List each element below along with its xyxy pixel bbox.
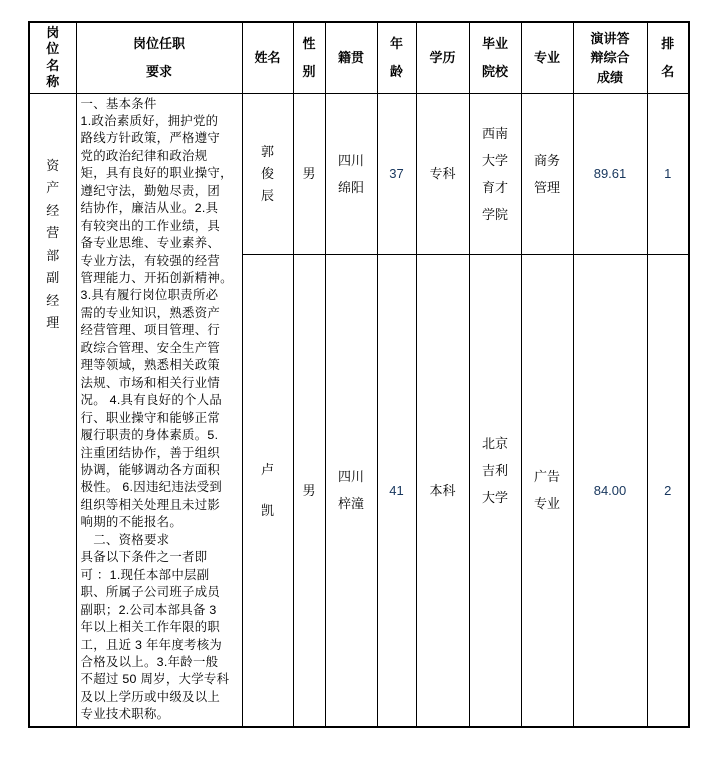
col-header-position: 岗 位 名 称	[29, 22, 76, 93]
cell-age: 41	[377, 254, 416, 727]
col-header-education: 学历	[416, 22, 469, 93]
cell-position-title: 资 产 经 营 部 副 经 理	[29, 93, 76, 727]
cell-gender: 男	[293, 93, 325, 254]
col-header-age: 年 龄	[377, 22, 416, 93]
cell-name: 卢 凯	[242, 254, 293, 727]
cell-requirements-text: 一、基本条件 1.政治素质好，拥护党的 路线方针政策，严格遵守 党的政治纪律和政…	[76, 93, 242, 727]
cell-rank: 1	[647, 93, 689, 254]
col-header-score: 演讲答 辩综合 成绩	[573, 22, 647, 93]
cell-native-place: 四川 绵阳	[325, 93, 377, 254]
cell-gender: 男	[293, 254, 325, 727]
cell-education: 本科	[416, 254, 469, 727]
cell-education: 专科	[416, 93, 469, 254]
col-header-name: 姓名	[242, 22, 293, 93]
cell-rank: 2	[647, 254, 689, 727]
document-page: 岗 位 名 称 岗位任职 要求 姓名 性 别 籍贯 年 龄 学历 毕业 院校 专…	[0, 0, 711, 760]
cell-age: 37	[377, 93, 416, 254]
cell-native-place: 四川 梓潼	[325, 254, 377, 727]
col-header-major: 专业	[521, 22, 573, 93]
col-header-gender: 性 别	[293, 22, 325, 93]
cell-school: 西南 大学 育才 学院	[469, 93, 521, 254]
col-header-school: 毕业 院校	[469, 22, 521, 93]
candidate-row-1: 资 产 经 营 部 副 经 理 一、基本条件 1.政治素质好，拥护党的 路线方针…	[29, 93, 689, 254]
col-header-rank: 排 名	[647, 22, 689, 93]
cell-major: 商务 管理	[521, 93, 573, 254]
candidates-table: 岗 位 名 称 岗位任职 要求 姓名 性 别 籍贯 年 龄 学历 毕业 院校 专…	[28, 21, 690, 728]
cell-school: 北京 吉利 大学	[469, 254, 521, 727]
cell-name: 郭 俊 辰	[242, 93, 293, 254]
col-header-requirements: 岗位任职 要求	[76, 22, 242, 93]
table-header-row: 岗 位 名 称 岗位任职 要求 姓名 性 别 籍贯 年 龄 学历 毕业 院校 专…	[29, 22, 689, 93]
cell-score: 84.00	[573, 254, 647, 727]
col-header-native-place: 籍贯	[325, 22, 377, 93]
cell-score: 89.61	[573, 93, 647, 254]
cell-major: 广告 专业	[521, 254, 573, 727]
